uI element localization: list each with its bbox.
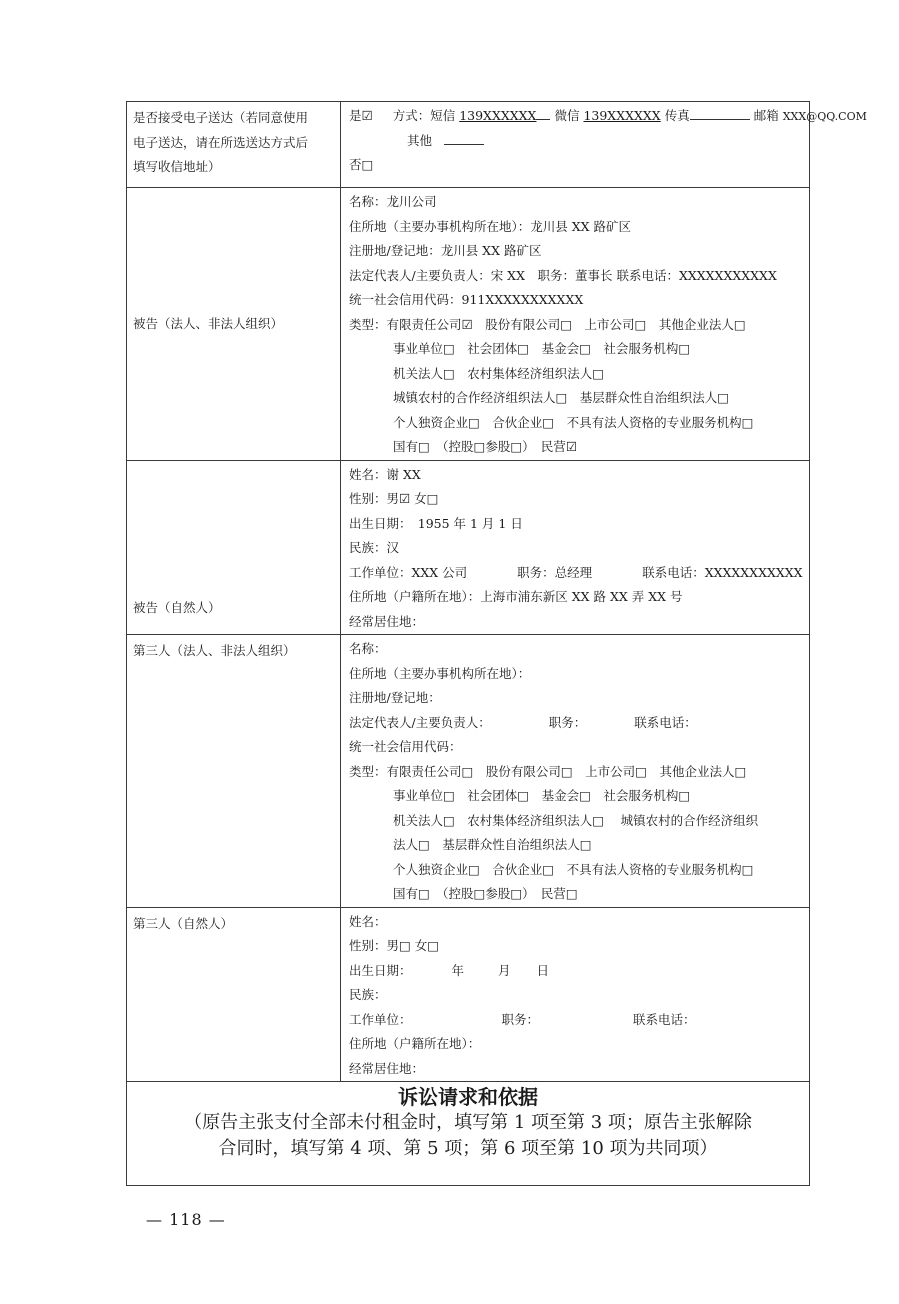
row-claims-section: 诉讼请求和依据 （原告主张支付全部未付租金时，填写第 1 项至第 3 项；原告主… <box>127 1082 810 1186</box>
claims-section: 诉讼请求和依据 （原告主张支付全部未付租金时，填写第 1 项至第 3 项；原告主… <box>127 1082 810 1186</box>
type-line: 类型：有限责任公司☑ 股份有限公司□ 上市公司□ 其他企业法人□ <box>349 313 809 338</box>
document-page: 是否接受电子送达（若同意使用 电子送达，请在所选送达方式后 填写收信地址） 是☑… <box>0 0 899 1304</box>
position-label: 职务： <box>502 1012 540 1027</box>
row-defendant-person: 被告（自然人） 姓名：谢 XX 性别：男☑ 女□ 出生日期： 1955 年 1 … <box>127 460 810 635</box>
credit-code-line: 统一社会信用代码：911XXXXXXXXXXX <box>349 288 809 313</box>
section-note-line: （原告主张支付全部未付租金时，填写第 1 项至第 3 项；原告主张解除 <box>127 1110 809 1136</box>
phone: 联系电话：XXXXXXXXXXX <box>642 565 802 580</box>
email-label: 邮箱 <box>754 108 779 123</box>
representative-line: 法定代表人/主要负责人：职务：联系电话： <box>349 711 809 736</box>
other-field[interactable] <box>444 130 484 145</box>
position-label: 职务： <box>549 715 587 730</box>
label-line: 是否接受电子送达（若同意使用 <box>133 106 340 131</box>
name-line: 名称：龙川公司 <box>349 190 809 215</box>
work-line: 工作单位：职务：联系电话： <box>349 1008 809 1033</box>
sms-number[interactable]: 139XXXXXX <box>459 108 536 123</box>
no-checkbox[interactable]: □ <box>362 157 374 172</box>
third-party-person-label: 第三人（自然人） <box>127 907 341 1082</box>
type-options[interactable]: 事业单位□ 社会团体□ 基金会□ 社会服务机构□ <box>349 784 809 809</box>
no-label: 否 <box>349 157 362 172</box>
birth-label: 出生日期： <box>349 963 412 978</box>
type-options[interactable]: 机关法人□ 农村集体经济组织法人□ 城镇农村的合作经济组织 <box>349 809 809 834</box>
defendant-org-label: 被告（法人、非法人组织） <box>127 188 341 461</box>
electronic-service-label: 是否接受电子送达（若同意使用 电子送达，请在所选送达方式后 填写收信地址） <box>127 102 341 188</box>
position: 职务：总经理 <box>517 565 592 580</box>
phone-label: 联系电话： <box>634 715 697 730</box>
type-options[interactable]: 法人□ 基层群众性自治组织法人□ <box>349 833 809 858</box>
row-defendant-org: 被告（法人、非法人组织） 名称：龙川公司 住所地（主要办事机构所在地）：龙川县 … <box>127 188 810 461</box>
address-line: 住所地（主要办事机构所在地）： <box>349 662 809 687</box>
ethnicity-line: 民族：汉 <box>349 536 809 561</box>
section-note-line: 合同时，填写第 4 项、第 5 项；第 6 项至第 10 项为共同项） <box>127 1136 809 1162</box>
type-label: 类型： <box>349 317 387 332</box>
fax-field[interactable] <box>690 105 750 120</box>
birth-date-line: 出生日期： 1955 年 1 月 1 日 <box>349 512 809 537</box>
label-line: 电子送达，请在所选送达方式后 <box>133 131 340 156</box>
complaint-form-table: 是否接受电子送达（若同意使用 电子送达，请在所选送达方式后 填写收信地址） 是☑… <box>126 101 810 1186</box>
residence-line: 经常居住地： <box>349 1057 809 1082</box>
type-options[interactable]: 个人独资企业□ 合伙企业□ 不具有法人资格的专业服务机构□ <box>349 858 809 883</box>
page-number: — 118 — <box>146 1210 226 1229</box>
type-options[interactable]: 国有□ （控股□参股□） 民营☑ <box>349 435 809 460</box>
third-party-org-label: 第三人（法人、非法人组织） <box>127 635 341 908</box>
defendant-org-value: 名称：龙川公司 住所地（主要办事机构所在地）：龙川县 XX 路矿区 注册地/登记… <box>341 188 810 461</box>
label-line: 填写收信地址） <box>133 155 340 180</box>
row-third-party-person: 第三人（自然人） 姓名： 性别：男□ 女□ 出生日期：年月日 民族： 工作单位：… <box>127 907 810 1082</box>
row-electronic-service: 是否接受电子送达（若同意使用 电子送达，请在所选送达方式后 填写收信地址） 是☑… <box>127 102 810 188</box>
name-line: 姓名：谢 XX <box>349 463 809 488</box>
ethnicity-line: 民族： <box>349 983 809 1008</box>
defendant-person-value: 姓名：谢 XX 性别：男☑ 女□ 出生日期： 1955 年 1 月 1 日 民族… <box>341 460 810 635</box>
name-line: 名称： <box>349 637 809 662</box>
address-line: 住所地（主要办事机构所在地）：龙川县 XX 路矿区 <box>349 215 809 240</box>
phone-label: 联系电话： <box>633 1012 696 1027</box>
gender-line[interactable]: 性别：男□ 女□ <box>349 934 809 959</box>
type-options[interactable]: 城镇农村的合作经济组织法人□ 基层群众性自治组织法人□ <box>349 386 809 411</box>
representative-line: 法定代表人/主要负责人：宋 XX 职务：董事长 联系电话：XXXXXXXXXXX <box>349 264 809 289</box>
address-line: 住所地（户籍所在地）： <box>349 1032 809 1057</box>
method-sms-label: 方式：短信 <box>393 108 456 123</box>
defendant-person-label: 被告（自然人） <box>127 460 341 635</box>
type-options[interactable]: 事业单位□ 社会团体□ 基金会□ 社会服务机构□ <box>349 337 809 362</box>
type-options[interactable]: 有限责任公司□ 股份有限公司□ 上市公司□ 其他企业法人□ <box>387 764 747 779</box>
type-options[interactable]: 机关法人□ 农村集体经济组织法人□ <box>349 362 809 387</box>
credit-code-line: 统一社会信用代码： <box>349 735 809 760</box>
name-line: 姓名： <box>349 910 809 935</box>
birth-date-line: 出生日期：年月日 <box>349 959 809 984</box>
residence-line: 经常居住地： <box>349 610 809 635</box>
electronic-service-no-line: 否□ <box>349 153 809 178</box>
work-unit-label: 工作单位： <box>349 1012 412 1027</box>
gender-line[interactable]: 性别：男☑ 女□ <box>349 487 809 512</box>
day-label: 日 <box>537 963 550 978</box>
type-options[interactable]: 有限责任公司☑ 股份有限公司□ 上市公司□ 其他企业法人□ <box>387 317 746 332</box>
year-label: 年 <box>452 963 465 978</box>
month-label: 月 <box>498 963 511 978</box>
electronic-service-value: 是☑ 方式：短信 139XXXXXX 微信 139XXXXXX 传真 邮箱 XX… <box>341 102 810 188</box>
yes-checkbox[interactable]: ☑ <box>362 108 373 123</box>
section-title: 诉讼请求和依据 <box>127 1084 809 1110</box>
type-options[interactable]: 个人独资企业□ 合伙企业□ 不具有法人资格的专业服务机构□ <box>349 411 809 436</box>
registration-line: 注册地/登记地：龙川县 XX 路矿区 <box>349 239 809 264</box>
third-party-person-value: 姓名： 性别：男□ 女□ 出生日期：年月日 民族： 工作单位：职务：联系电话： … <box>341 907 810 1082</box>
type-label: 类型： <box>349 764 387 779</box>
type-options[interactable]: 国有□ （控股□参股□） 民营□ <box>349 882 809 907</box>
row-third-party-org: 第三人（法人、非法人组织） 名称： 住所地（主要办事机构所在地）： 注册地/登记… <box>127 635 810 908</box>
electronic-service-yes-line: 是☑ 方式：短信 139XXXXXX 微信 139XXXXXX 传真 邮箱 XX… <box>349 104 809 129</box>
third-party-org-value: 名称： 住所地（主要办事机构所在地）： 注册地/登记地： 法定代表人/主要负责人… <box>341 635 810 908</box>
wechat-number[interactable]: 139XXXXXX <box>583 108 660 123</box>
other-method-line: 其他 <box>349 129 809 154</box>
representative-label: 法定代表人/主要负责人： <box>349 715 491 730</box>
other-label: 其他 <box>407 133 432 148</box>
registration-line: 注册地/登记地： <box>349 686 809 711</box>
work-unit: 工作单位：XXX 公司 <box>349 565 467 580</box>
yes-label: 是 <box>349 108 362 123</box>
address-line: 住所地（户籍所在地）：上海市浦东新区 XX 路 XX 弄 XX 号 <box>349 585 809 610</box>
email-address[interactable]: XXX@QQ.COM <box>783 110 867 123</box>
type-line: 类型：有限责任公司□ 股份有限公司□ 上市公司□ 其他企业法人□ <box>349 760 809 785</box>
wechat-label: 微信 <box>554 108 579 123</box>
work-line: 工作单位：XXX 公司职务：总经理联系电话：XXXXXXXXXXX <box>349 561 809 586</box>
fax-label: 传真 <box>665 108 690 123</box>
